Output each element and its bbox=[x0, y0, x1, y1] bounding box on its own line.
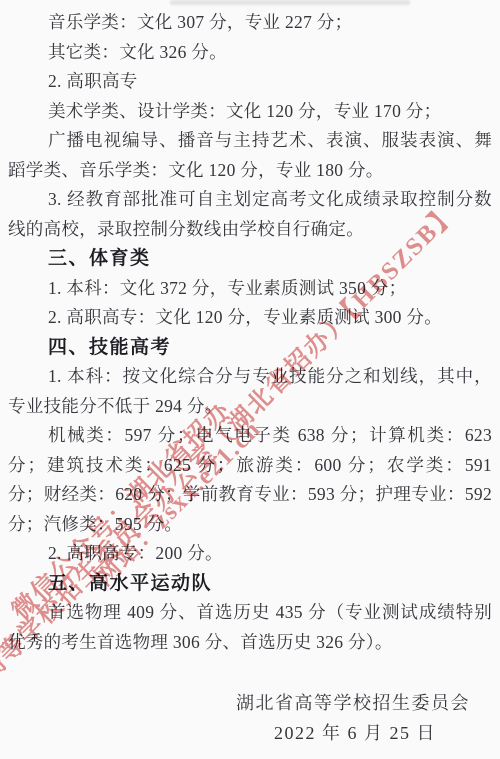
document-body: 音乐学类：文化 307 分，专业 227 分； 其它类：文化 326 分。 2.… bbox=[0, 0, 500, 759]
issue-date: 2022 年 6 月 25 日 bbox=[8, 719, 492, 749]
paragraph-moe-approved: 3. 经教育部批准可自主划定高考文化成绩录取控制分数线的高校，录取控制分数线由学… bbox=[8, 185, 492, 244]
paragraph-vocational-label: 2. 高职高专 bbox=[8, 67, 492, 97]
section-heading-sports: 三、体育类 bbox=[8, 244, 492, 274]
signature-block: 湖北省高等学校招生委员会 2022 年 6 月 25 日 bbox=[8, 689, 492, 748]
section-heading-skills-exam: 四、技能高考 bbox=[8, 333, 492, 363]
paragraph-broadcast-scores: 广播电视编导、播音与主持艺术、表演、服装表演、舞蹈学类、音乐学类：文化 120 … bbox=[8, 126, 492, 185]
paragraph-music-scores: 音乐学类：文化 307 分，专业 227 分； bbox=[8, 8, 492, 38]
paragraph-athletes-scores: 首选物理 409 分、首选历史 435 分（专业测试成绩特别优秀的考生首选物理 … bbox=[8, 598, 492, 657]
paragraph-skills-vocational: 2. 高职高专：200 分。 bbox=[8, 539, 492, 569]
document-page: 音乐学类：文化 307 分，专业 227 分； 其它类：文化 326 分。 2.… bbox=[0, 0, 500, 759]
issuer-signature: 湖北省高等学校招生委员会 bbox=[8, 689, 492, 719]
paragraph-sports-bachelor: 1. 本科：文化 372 分，专业素质测试 350 分； bbox=[8, 274, 492, 304]
paragraph-sports-vocational: 2. 高职高专：文化 120 分，专业素质测试 300 分。 bbox=[8, 303, 492, 333]
section-heading-athletes: 五、高水平运动队 bbox=[8, 569, 492, 599]
paragraph-skills-categories: 机械类：597 分；电气电子类 638 分；计算机类：623 分；建筑技术类：6… bbox=[8, 421, 492, 539]
paragraph-art-design-scores: 美术学类、设计学类：文化 120 分，专业 170 分； bbox=[8, 97, 492, 127]
paragraph-other-scores: 其它类：文化 326 分。 bbox=[8, 38, 492, 68]
paragraph-skills-bachelor: 1. 本科：按文化综合分与专业技能分之和划线，其中，专业技能分不低于 294 分… bbox=[8, 362, 492, 421]
